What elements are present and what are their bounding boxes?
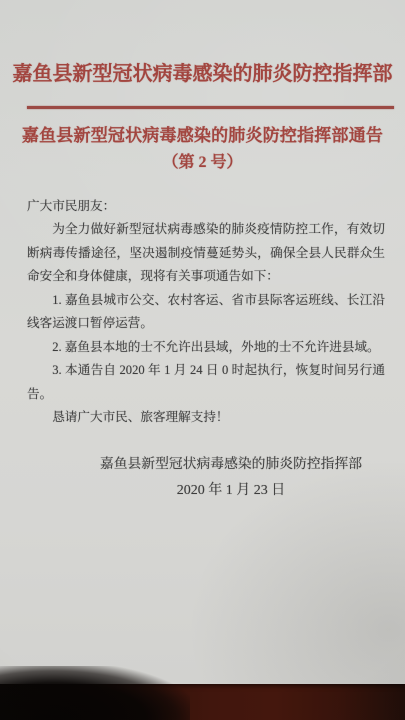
notice-item-3: 3. 本通告自 2020 年 1 月 24 日 0 时起执行，恢复时间另行通告。 (27, 359, 385, 406)
document-photo: 嘉鱼县新型冠状病毒感染的肺炎防控指挥部 嘉鱼县新型冠状病毒感染的肺炎防控指挥部通… (0, 0, 405, 720)
notice-number: （第 2 号） (0, 152, 405, 174)
signature-authority: 嘉鱼县新型冠状病毒感染的肺炎防控指挥部 (52, 454, 405, 474)
notice-body: 广大市民朋友： 为全力做好新型冠状病毒感染的肺炎疫情防控工作，有效切断病毒传播途… (27, 195, 385, 501)
closing-appeal: 恳请广大市民、旅客理解支持！ (27, 406, 385, 430)
notice-item-2: 2. 嘉鱼县本地的士不允许出县域，外地的士不允许进县域。 (27, 336, 385, 360)
salutation: 广大市民朋友： (27, 195, 385, 219)
signature-block: 嘉鱼县新型冠状病毒感染的肺炎防控指挥部 2020 年 1 月 23 日 (52, 454, 405, 501)
notice-title: 嘉鱼县新型冠状病毒感染的肺炎防控指挥部通告 (0, 124, 405, 148)
notice-paper: 嘉鱼县新型冠状病毒感染的肺炎防控指挥部 嘉鱼县新型冠状病毒感染的肺炎防控指挥部通… (0, 0, 405, 684)
issuing-authority-header: 嘉鱼县新型冠状病毒感染的肺炎防控指挥部 (0, 0, 405, 89)
signature-date: 2020 年 1 月 23 日 (52, 481, 405, 501)
header-divider-line (27, 106, 394, 109)
notice-item-1: 1. 嘉鱼县城市公交、农村客运、省市县际客运班线、长江沿线客运渡口暂停运营。 (27, 289, 385, 336)
table-shadow (0, 666, 190, 720)
intro-paragraph: 为全力做好新型冠状病毒感染的肺炎疫情防控工作，有效切断病毒传播途径，坚决遏制疫情… (27, 218, 385, 289)
